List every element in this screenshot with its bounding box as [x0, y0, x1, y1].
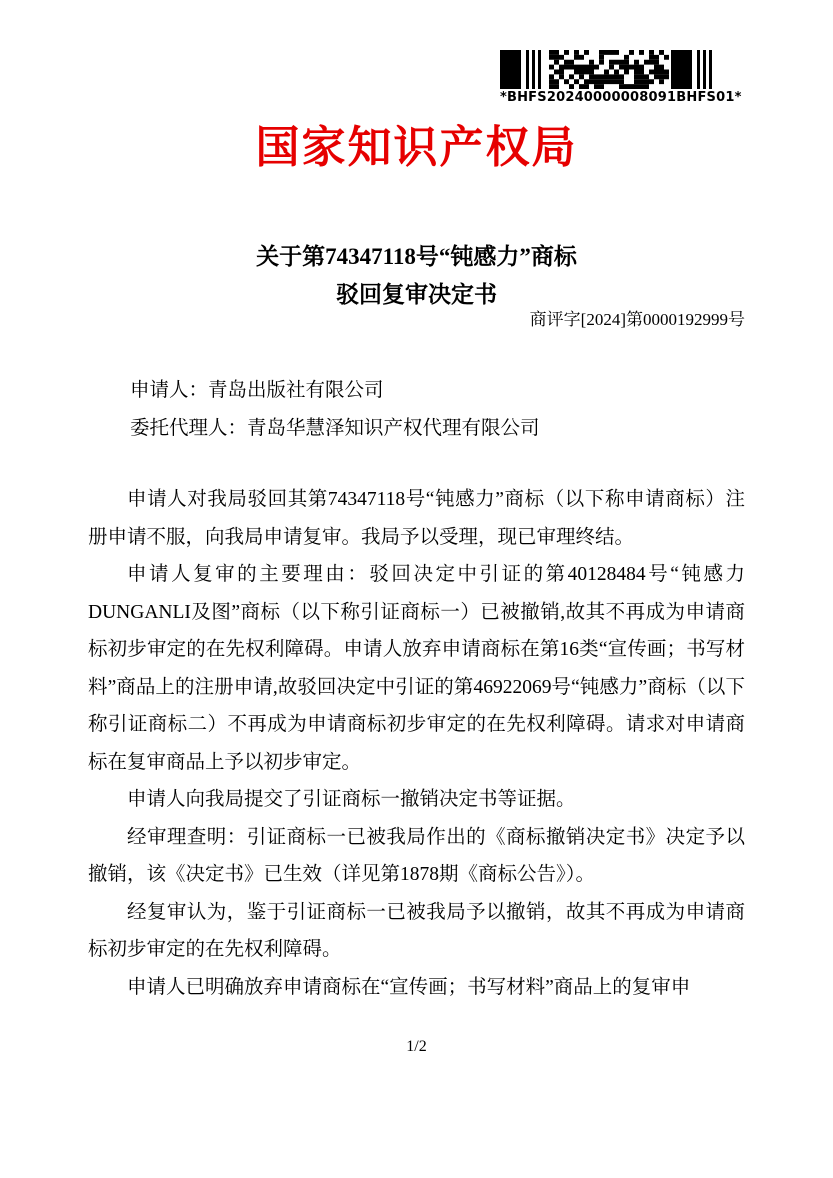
doc-title-line1: 关于第74347118号“钝感力”商标 — [0, 238, 833, 276]
agent-line: 委托代理人：青岛华慧泽知识产权代理有限公司 — [130, 410, 540, 448]
barcode-text: *BHFS20240000008091BHFS01* — [500, 90, 713, 105]
party-block: 申请人：青岛出版社有限公司 委托代理人：青岛华慧泽知识产权代理有限公司 — [130, 372, 540, 448]
barcode-icon — [500, 50, 713, 89]
barcode-block: *BHFS20240000008091BHFS01* — [500, 50, 713, 105]
page-number: 1/2 — [0, 1038, 833, 1056]
document-body: 申请人对我局驳回其第74347118号“钝感力”商标（以下称申请商标）注册申请不… — [88, 481, 745, 1006]
body-paragraph: 申请人向我局提交了引证商标一撤销决定书等证据。 — [88, 781, 745, 819]
doc-number: 商评字[2024]第0000192999号 — [530, 308, 745, 332]
applicant-line: 申请人：青岛出版社有限公司 — [130, 372, 540, 410]
body-paragraph: 经复审认为，鉴于引证商标一已被我局予以撤销，故其不再成为申请商标初步审定的在先权… — [88, 894, 745, 969]
body-paragraph: 申请人对我局驳回其第74347118号“钝感力”商标（以下称申请商标）注册申请不… — [88, 481, 745, 556]
body-paragraph: 申请人已明确放弃申请商标在“宣传画；书写材料”商品上的复审申 — [88, 969, 745, 1007]
document-page: *BHFS20240000008091BHFS01* 国家知识产权局 关于第74… — [0, 0, 833, 1178]
body-paragraph: 经审理查明：引证商标一已被我局作出的《商标撤销决定书》决定予以撤销，该《决定书》… — [88, 819, 745, 894]
body-paragraph: 申请人复审的主要理由：驳回决定中引证的第40128484号“钝感力DUNGANL… — [88, 556, 745, 781]
doc-title: 关于第74347118号“钝感力”商标 驳回复审决定书 — [0, 238, 833, 314]
agency-title: 国家知识产权局 — [0, 122, 833, 174]
